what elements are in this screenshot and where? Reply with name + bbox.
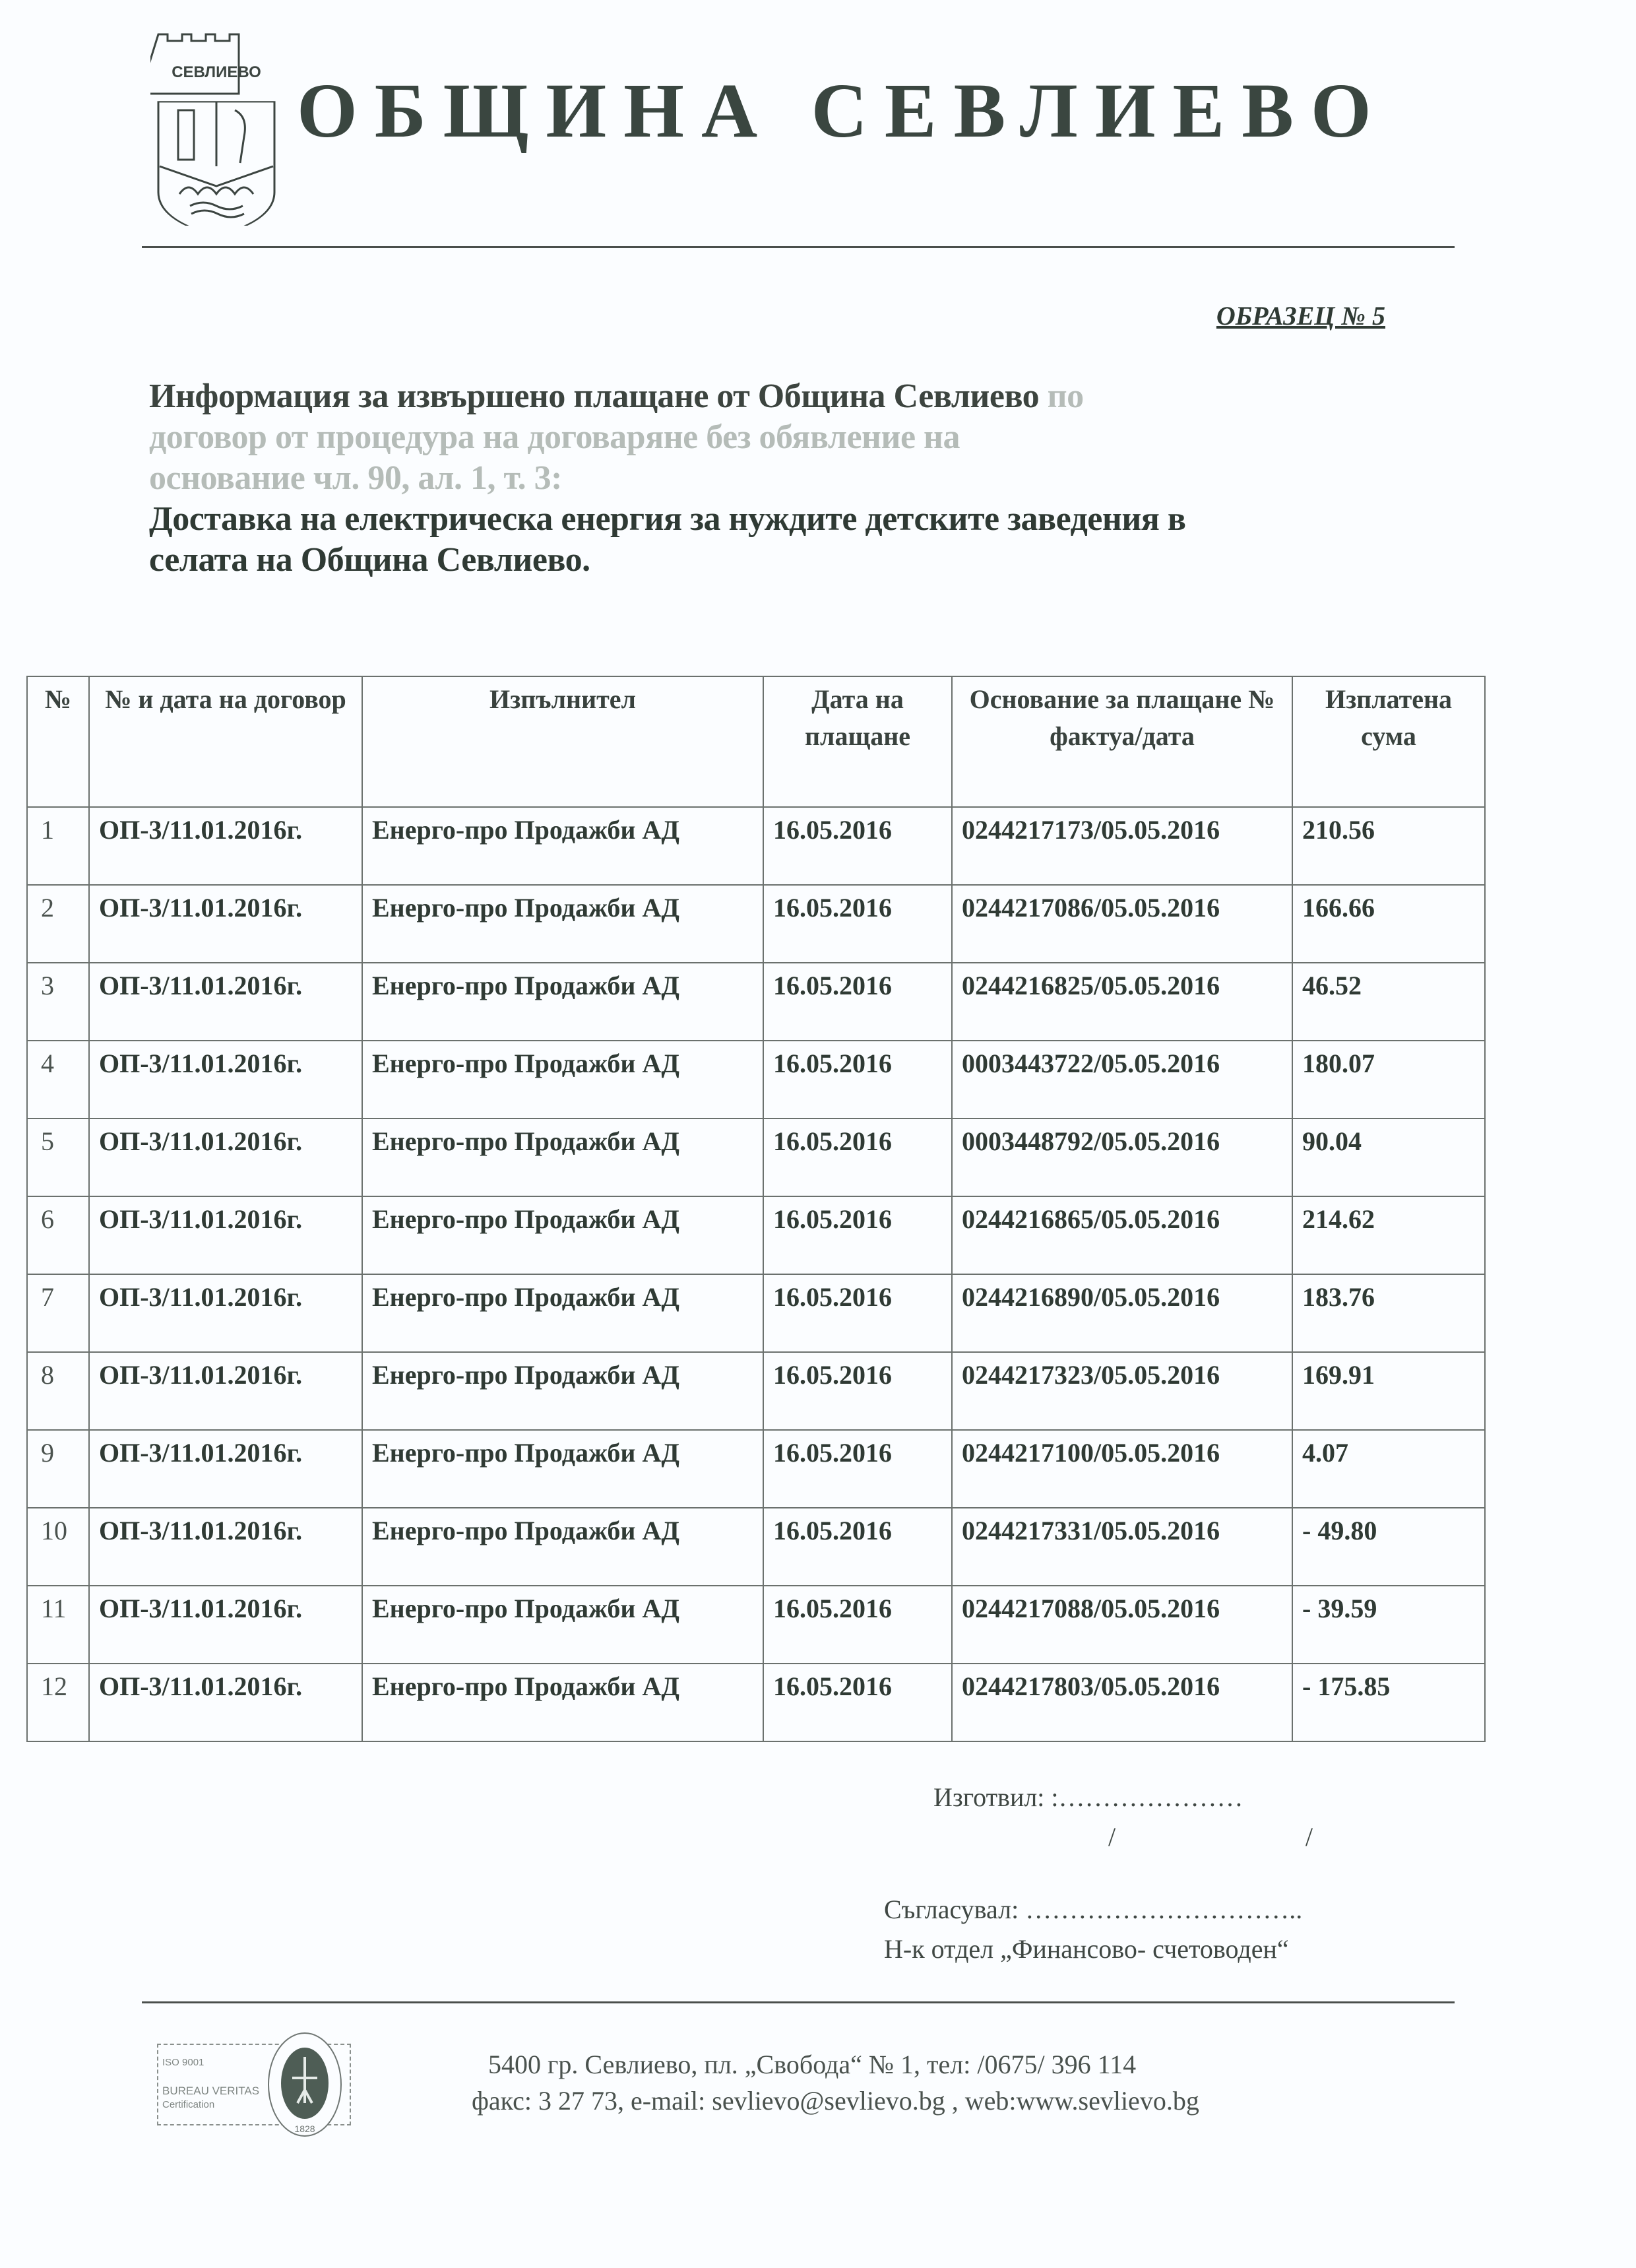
cell-contract: ОП-3/11.01.2016г.	[89, 1118, 362, 1196]
table-row: 4ОП-3/11.01.2016г.Енерго-про Продажби АД…	[27, 1041, 1485, 1118]
cell-contractor: Енерго-про Продажби АД	[362, 1664, 763, 1741]
cell-payment-basis: 0244216865/05.05.2016	[952, 1196, 1292, 1274]
cell-payment-basis: 0244216825/05.05.2016	[952, 963, 1292, 1041]
cell-payment-date: 16.05.2016	[763, 963, 952, 1041]
organization-title: ОБЩИНА СЕВЛИЕВО	[297, 66, 1389, 156]
department-head-label: Н-к отдел „Финансово- счетоводен“	[884, 1933, 1289, 1964]
table-row: 11ОП-3/11.01.2016г.Енерго-про Продажби А…	[27, 1586, 1485, 1664]
header-divider	[142, 246, 1455, 248]
cell-contract: ОП-3/11.01.2016г.	[89, 1586, 362, 1664]
cell-contract: ОП-3/11.01.2016г.	[89, 1664, 362, 1741]
cell-contract: ОП-3/11.01.2016г.	[89, 1196, 362, 1274]
cell-contractor: Енерго-про Продажби АД	[362, 1118, 763, 1196]
cell-amount-paid: 180.07	[1292, 1041, 1485, 1118]
cell-contractor: Енерго-про Продажби АД	[362, 1586, 763, 1664]
cell-amount-paid: 169.91	[1292, 1352, 1485, 1430]
cell-payment-date: 16.05.2016	[763, 1352, 952, 1430]
cell-payment-basis: 0003448792/05.05.2016	[952, 1118, 1292, 1196]
cell-payment-date: 16.05.2016	[763, 1196, 952, 1274]
table-header-row: № № и дата на договор Изпълнител Дата на…	[27, 676, 1485, 807]
cell-contractor: Енерго-про Продажби АД	[362, 1352, 763, 1430]
table-row: 12ОП-3/11.01.2016г.Енерго-про Продажби А…	[27, 1664, 1485, 1741]
table-row: 5ОП-3/11.01.2016г.Енерго-про Продажби АД…	[27, 1118, 1485, 1196]
cell-contract: ОП-3/11.01.2016г.	[89, 1352, 362, 1430]
heading-subject: Доставка на електрическа енергия за нужд…	[149, 499, 1284, 581]
address-line: 5400 гр. Севлиево, пл. „Свобода“ № 1, те…	[488, 2049, 1136, 2080]
agreed-by-line: Съгласувал: …………………………..	[884, 1894, 1302, 1925]
table-row: 10ОП-3/11.01.2016г.Енерго-про Продажби А…	[27, 1508, 1485, 1586]
bureau-veritas-seal-icon: 1828	[266, 2030, 344, 2139]
cell-payment-date: 16.05.2016	[763, 1430, 952, 1508]
cell-contract: ОП-3/11.01.2016г.	[89, 1041, 362, 1118]
cell-number: 10	[27, 1508, 89, 1586]
cell-contractor: Енерго-про Продажби АД	[362, 1196, 763, 1274]
cell-number: 6	[27, 1196, 89, 1274]
cell-payment-basis: 0244216890/05.05.2016	[952, 1274, 1292, 1352]
document-heading: Информация за извършено плащане от Общин…	[149, 376, 1402, 581]
cell-contractor: Енерго-про Продажби АД	[362, 807, 763, 885]
heading-line-1: Информация за извършено плащане от Общин…	[149, 376, 1402, 417]
payments-table: № № и дата на договор Изпълнител Дата на…	[26, 676, 1486, 1742]
cell-amount-paid: 4.07	[1292, 1430, 1485, 1508]
cell-amount-paid: 90.04	[1292, 1118, 1485, 1196]
svg-text:1828: 1828	[294, 2123, 315, 2134]
cell-number: 7	[27, 1274, 89, 1352]
cell-number: 8	[27, 1352, 89, 1430]
cell-amount-paid: - 39.59	[1292, 1586, 1485, 1664]
cell-number: 11	[27, 1586, 89, 1664]
cell-payment-date: 16.05.2016	[763, 1118, 952, 1196]
col-payment-basis: Основание за плащане № фактуа/дата	[952, 676, 1292, 807]
cell-contract: ОП-3/11.01.2016г.	[89, 1508, 362, 1586]
cell-contractor: Енерго-про Продажби АД	[362, 885, 763, 963]
cell-contractor: Енерго-про Продажби АД	[362, 963, 763, 1041]
table-row: 7ОП-3/11.01.2016г.Енерго-про Продажби АД…	[27, 1274, 1485, 1352]
cell-payment-basis: 0244217086/05.05.2016	[952, 885, 1292, 963]
cell-payment-basis: 0003443722/05.05.2016	[952, 1041, 1292, 1118]
cell-contract: ОП-3/11.01.2016г.	[89, 807, 362, 885]
cell-number: 3	[27, 963, 89, 1041]
cell-number: 5	[27, 1118, 89, 1196]
sample-number-label: ОБРАЗЕЦ № 5	[1216, 300, 1385, 331]
svg-text:СЕВЛИЕВО: СЕВЛИЕВО	[172, 63, 261, 81]
cell-number: 2	[27, 885, 89, 963]
heading-line-3: основание чл. 90, ал. 1, т. 3:	[149, 458, 1402, 499]
cell-payment-basis: 0244217331/05.05.2016	[952, 1508, 1292, 1586]
col-number: №	[27, 676, 89, 807]
cell-contract: ОП-3/11.01.2016г.	[89, 1430, 362, 1508]
cell-number: 1	[27, 807, 89, 885]
table-row: 9ОП-3/11.01.2016г.Енерго-про Продажби АД…	[27, 1430, 1485, 1508]
cell-payment-date: 16.05.2016	[763, 1586, 952, 1664]
cell-payment-basis: 0244217803/05.05.2016	[952, 1664, 1292, 1741]
cell-payment-basis: 0244217088/05.05.2016	[952, 1586, 1292, 1664]
cell-payment-date: 16.05.2016	[763, 1508, 952, 1586]
col-payment-date: Дата на плащане	[763, 676, 952, 807]
cell-amount-paid: 214.62	[1292, 1196, 1485, 1274]
col-contractor: Изпълнител	[362, 676, 763, 807]
cell-amount-paid: 46.52	[1292, 963, 1485, 1041]
cell-payment-date: 16.05.2016	[763, 1041, 952, 1118]
cell-payment-date: 16.05.2016	[763, 885, 952, 963]
cell-contract: ОП-3/11.01.2016г.	[89, 1274, 362, 1352]
cell-contractor: Енерго-про Продажби АД	[362, 1041, 763, 1118]
cell-payment-date: 16.05.2016	[763, 807, 952, 885]
col-amount-paid: Изплатена сума	[1292, 676, 1485, 807]
footer-divider	[142, 2001, 1455, 2003]
municipality-crest-icon: СЕВЛИЕВО	[150, 28, 282, 226]
cell-amount-paid: 183.76	[1292, 1274, 1485, 1352]
table-row: 8ОП-3/11.01.2016г.Енерго-про Продажби АД…	[27, 1352, 1485, 1430]
cell-amount-paid: 166.66	[1292, 885, 1485, 963]
table-row: 3ОП-3/11.01.2016г.Енерго-про Продажби АД…	[27, 963, 1485, 1041]
cell-payment-date: 16.05.2016	[763, 1274, 952, 1352]
cell-contractor: Енерго-про Продажби АД	[362, 1430, 763, 1508]
cell-payment-basis: 0244217173/05.05.2016	[952, 807, 1292, 885]
cell-number: 9	[27, 1430, 89, 1508]
cell-contract: ОП-3/11.01.2016г.	[89, 885, 362, 963]
table-row: 1ОП-3/11.01.2016г.Енерго-про Продажби АД…	[27, 807, 1485, 885]
cell-amount-paid: - 175.85	[1292, 1664, 1485, 1741]
prepared-by-line: Изготвил: :…………………	[933, 1782, 1243, 1813]
table-row: 6ОП-3/11.01.2016г.Енерго-про Продажби АД…	[27, 1196, 1485, 1274]
contact-line: факс: 3 27 73, e-mail: sevlievo@sevlievo…	[472, 2085, 1199, 2116]
cell-contractor: Енерго-про Продажби АД	[362, 1508, 763, 1586]
cell-payment-basis: 0244217100/05.05.2016	[952, 1430, 1292, 1508]
prepared-by-name-slashes: / /	[1108, 1821, 1313, 1852]
certification-badge: ISO 9001 BUREAU VERITAS Certification 18…	[157, 2030, 355, 2143]
cell-contract: ОП-3/11.01.2016г.	[89, 963, 362, 1041]
heading-line-2: договор от процедура на договаряне без о…	[149, 417, 1402, 458]
cell-contractor: Енерго-про Продажби АД	[362, 1274, 763, 1352]
cell-amount-paid: - 49.80	[1292, 1508, 1485, 1586]
cell-payment-basis: 0244217323/05.05.2016	[952, 1352, 1292, 1430]
cell-amount-paid: 210.56	[1292, 807, 1485, 885]
cell-number: 12	[27, 1664, 89, 1741]
col-contract: № и дата на договор	[89, 676, 362, 807]
table-row: 2ОП-3/11.01.2016г.Енерго-про Продажби АД…	[27, 885, 1485, 963]
cell-number: 4	[27, 1041, 89, 1118]
cell-payment-date: 16.05.2016	[763, 1664, 952, 1741]
